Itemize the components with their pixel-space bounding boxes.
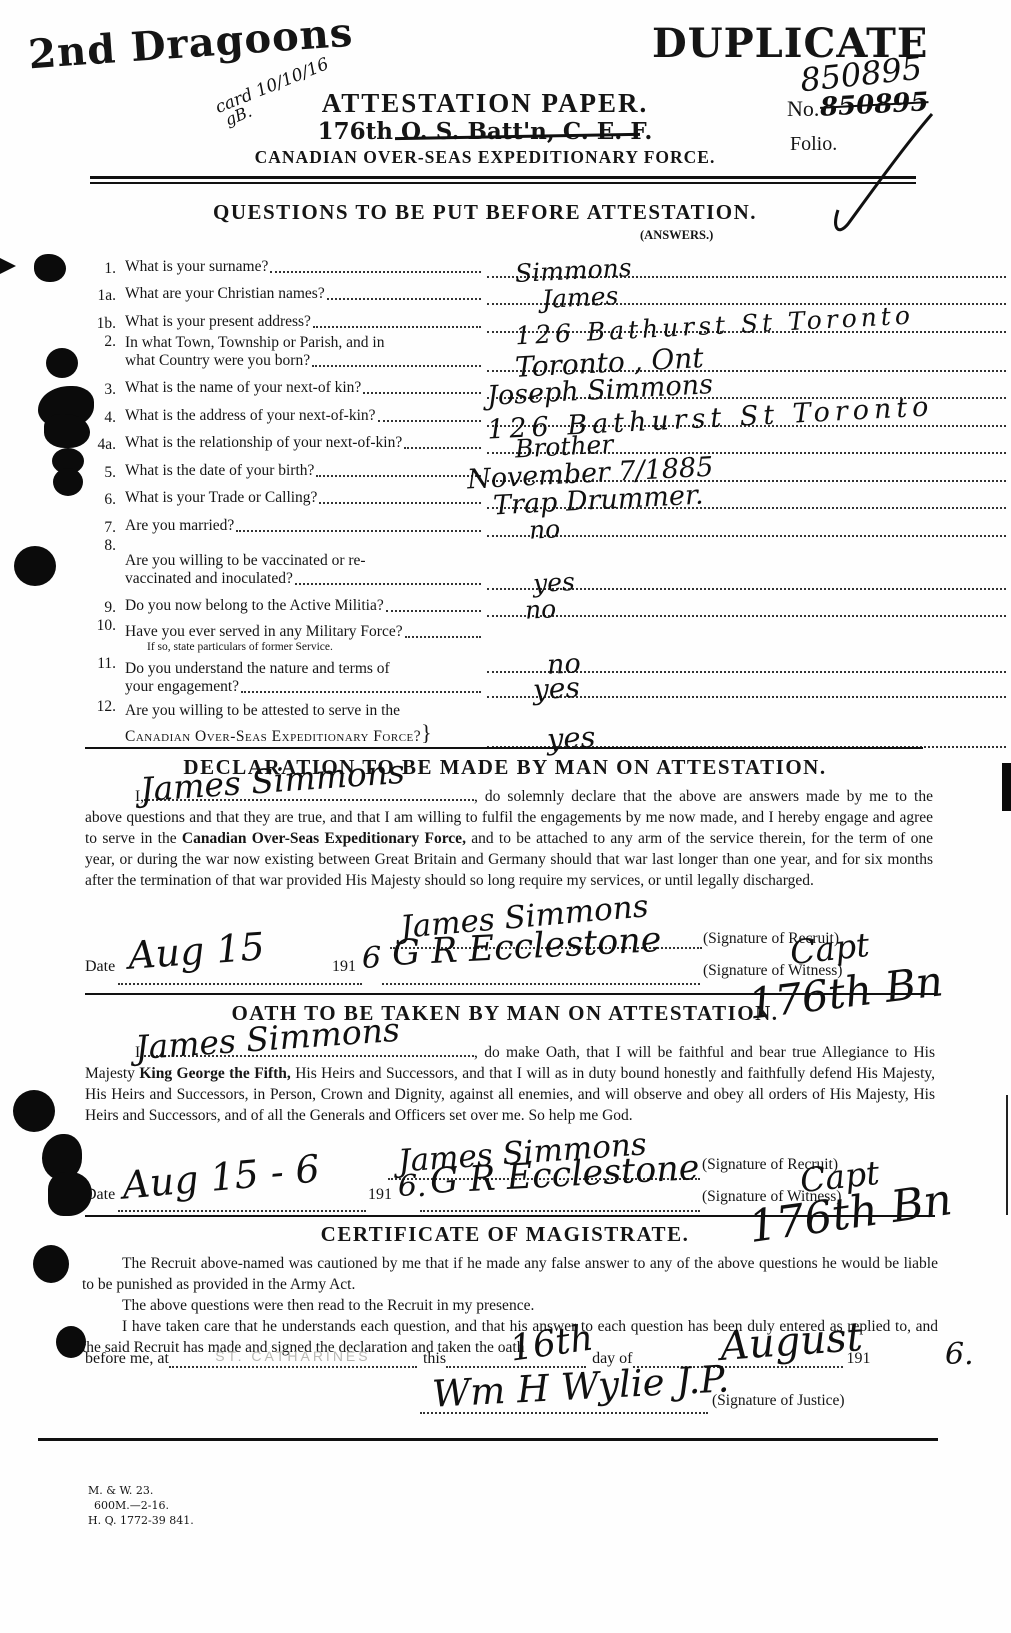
place-stamp: ST. CATHARINES: [169, 1348, 417, 1368]
question-row-12: 12. Are you willing to be attested to se…: [85, 698, 1006, 748]
ink-blob: [44, 414, 90, 448]
question-10-note: If so, state particulars of former Servi…: [147, 641, 483, 653]
scan-edge-mark: [1002, 763, 1011, 811]
certificate-para1: The Recruit above-named was cautioned by…: [82, 1253, 938, 1295]
ink-blob: [13, 1090, 55, 1132]
questions-list: 1. What is your surname? Simmons 1a. Wha…: [85, 250, 1006, 748]
question-row-1b: 1b. What is your present address? 126 Ba…: [85, 305, 1006, 333]
question-row-2: 2. In what Town, Township or Parish, and…: [85, 333, 1006, 372]
ink-blob: [48, 1172, 92, 1216]
date-label: Date: [85, 958, 115, 976]
certificate-year-handwritten: 6.: [945, 1340, 974, 1370]
bottom-rule: [38, 1438, 938, 1441]
brace: }: [421, 720, 432, 746]
question-row-8: 8. Are you willing to be vaccinated or r…: [85, 537, 1006, 590]
dotted-leader: [270, 271, 481, 273]
attestation-paper-page: 2nd Dragoons DUPLICATE card 10/10/16 gB.…: [0, 0, 1011, 1633]
certificate-month-handwritten: August: [719, 1317, 864, 1367]
declaration-date-handwritten: Aug 15: [127, 927, 266, 974]
form-title: ATTESTATION PAPER.: [240, 88, 730, 119]
answers-label: (ANSWERS.): [640, 228, 713, 243]
oath-year-printed: 191: [368, 1186, 392, 1204]
question-row-7: 7. Are you married? no: [85, 509, 1006, 537]
ink-blob: [46, 348, 78, 378]
justice-signature-label: (Signature of Justice): [712, 1392, 845, 1410]
question-row-1a: 1a. What are your Christian names? James: [85, 278, 1006, 306]
signature-flourish: [930, 1370, 990, 1410]
oath-rule: [85, 993, 935, 995]
form-print-codes: M. & W. 23. 600M.—2-16. H. Q. 1772-39 84…: [88, 1483, 194, 1528]
question-row-1: 1. What is your surname? Simmons: [85, 250, 1006, 278]
question-row-4: 4. What is the address of your next-of-k…: [85, 399, 1006, 427]
ink-blob: [56, 1326, 86, 1358]
scan-edge-line: [1006, 1095, 1008, 1215]
ink-blob: [53, 468, 83, 496]
oath-date-handwritten: Aug 15 - 6: [121, 1149, 321, 1204]
certificate-rule: [85, 1215, 935, 1217]
battalion-title: 176th O. S. Batt'n, C. E. F.: [240, 118, 730, 145]
declaration-rule: [85, 747, 923, 749]
question-row-5: 5. What is the date of your birth? Novem…: [85, 454, 1006, 482]
ink-blob: [14, 546, 56, 586]
declaration-witness-rank: Capt: [788, 928, 870, 969]
declaration-year-handwritten: 6: [362, 944, 381, 974]
ink-mark: [0, 258, 16, 274]
certificate-para2: The above questions were then read to th…: [82, 1295, 938, 1316]
question-row-6: 6. What is your Trade or Calling? Trap D…: [85, 482, 1006, 510]
ink-blob: [34, 254, 66, 282]
questions-heading: QUESTIONS TO BE PUT BEFORE ATTESTATION.: [150, 200, 820, 225]
question-row-4a: 4a. What is the relationship of your nex…: [85, 427, 1006, 455]
header-rule: [90, 176, 916, 184]
handwritten-checkmark: [810, 110, 950, 250]
force-title: CANADIAN OVER-SEAS EXPEDITIONARY FORCE.: [205, 147, 765, 168]
justice-signature: Wm H Wylie J.P.: [431, 1360, 730, 1413]
year-printed: 191: [332, 958, 356, 976]
question-row-9: 9. Do you now belong to the Active Milit…: [85, 590, 1006, 618]
ink-blob: [33, 1245, 69, 1283]
oath-year-handwritten: 6.: [398, 1172, 427, 1202]
certificate-heading: CERTIFICATE OF MAGISTRATE.: [85, 1222, 925, 1247]
question-row-11: 11. Do you understand the nature and ter…: [85, 655, 1006, 698]
answer-line: Simmons: [487, 248, 1006, 278]
